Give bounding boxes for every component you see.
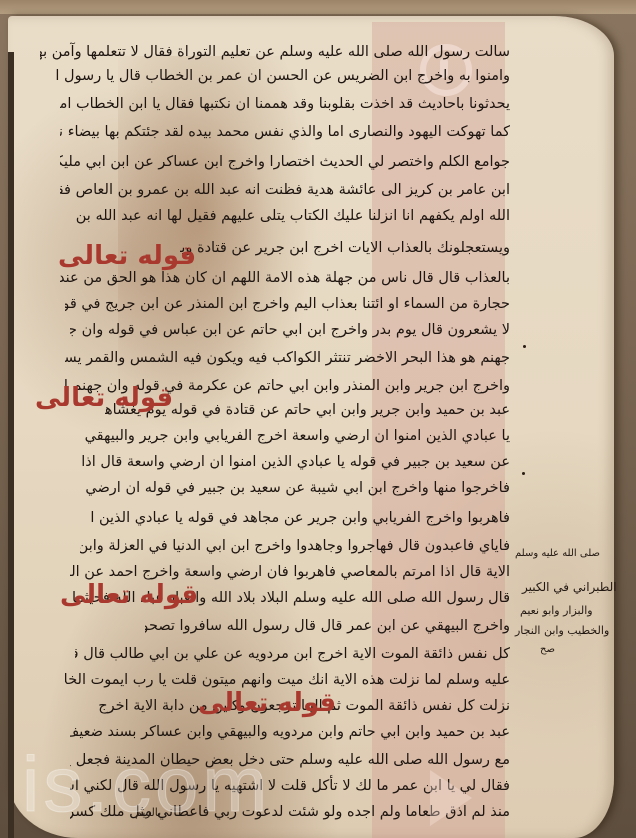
rubric-heading: قوله تعالى — [35, 385, 173, 411]
margin-note-line: صلى الله عليه وسلم — [515, 548, 600, 559]
margin-note-line: الطبراني في الكبير — [522, 580, 617, 594]
binding-top-edge — [0, 0, 636, 14]
text-line: عن سعيد بن جبير في قوله يا عبادي الذين ا… — [80, 450, 510, 474]
text-line: ابن عامر بن كريز الى عائشة هدية فظنت انه… — [60, 178, 510, 202]
text-line: جهنم هو هذا البحر الاخضر تنتثر الكواكب ف… — [65, 346, 510, 370]
margin-note-line: صح — [540, 644, 555, 655]
text-line: يحدثونا باحاديث قد اخذت بقلوبنا وقد هممن… — [60, 92, 510, 116]
text-line: الله اولم يكفهم انا انزلنا عليك الكتاب ي… — [70, 204, 510, 228]
text-line: فاياي فاعبدون قال فهاجروا وجاهدوا واخرج … — [80, 534, 510, 558]
page-left-edge — [8, 52, 14, 838]
text-line: يا عبادي الذين امنوا ان ارضي واسعة اخرج … — [80, 424, 510, 448]
text-line: كما تهوكت اليهود والنصارى اما والذي نفس … — [60, 120, 510, 144]
watermark-arrow-icon — [430, 770, 472, 826]
margin-note-line: والخطيب وابن النجار — [515, 624, 609, 637]
text-line: وامنوا به واخرج ابن الضريس عن الحسن ان ع… — [55, 64, 510, 88]
text-line: لا يشعرون قال يوم بدر واخرج ابن ابي حاتم… — [70, 318, 510, 342]
margin-dot — [523, 345, 526, 348]
rubric-heading: قوله تعالى — [198, 690, 336, 716]
watermark-text: is.com — [22, 745, 271, 823]
text-line: فاخرجوا منها واخرج ابن ابي شيبة عن سعيد … — [80, 476, 510, 500]
text-line: فاهربوا واخرج الفريابي وابن جرير عن مجاه… — [90, 506, 510, 530]
rubric-heading: قوله تعالى — [60, 582, 198, 608]
text-line: ويستعجلونك بالعذاب الايات اخرج ابن جرير … — [180, 236, 510, 260]
text-line: سالت رسول الله صلى الله عليه وسلم عن تعل… — [40, 40, 510, 64]
text-line: جوامع الكلم واختصر لي الحديث اختصارا واخ… — [60, 150, 510, 174]
text-line: واخرج البيهقي عن ابن عمر قال قال رسول ال… — [145, 614, 510, 638]
margin-note-line: والبزار وابو نعيم — [520, 604, 593, 617]
text-line: كل نفس ذائقة الموت الاية اخرج ابن مردويه… — [75, 642, 510, 666]
rubric-heading: قوله تعالى — [58, 243, 196, 269]
margin-dot — [522, 472, 525, 475]
text-line: حجارة من السماء او ائتنا بعذاب اليم واخر… — [65, 292, 510, 316]
